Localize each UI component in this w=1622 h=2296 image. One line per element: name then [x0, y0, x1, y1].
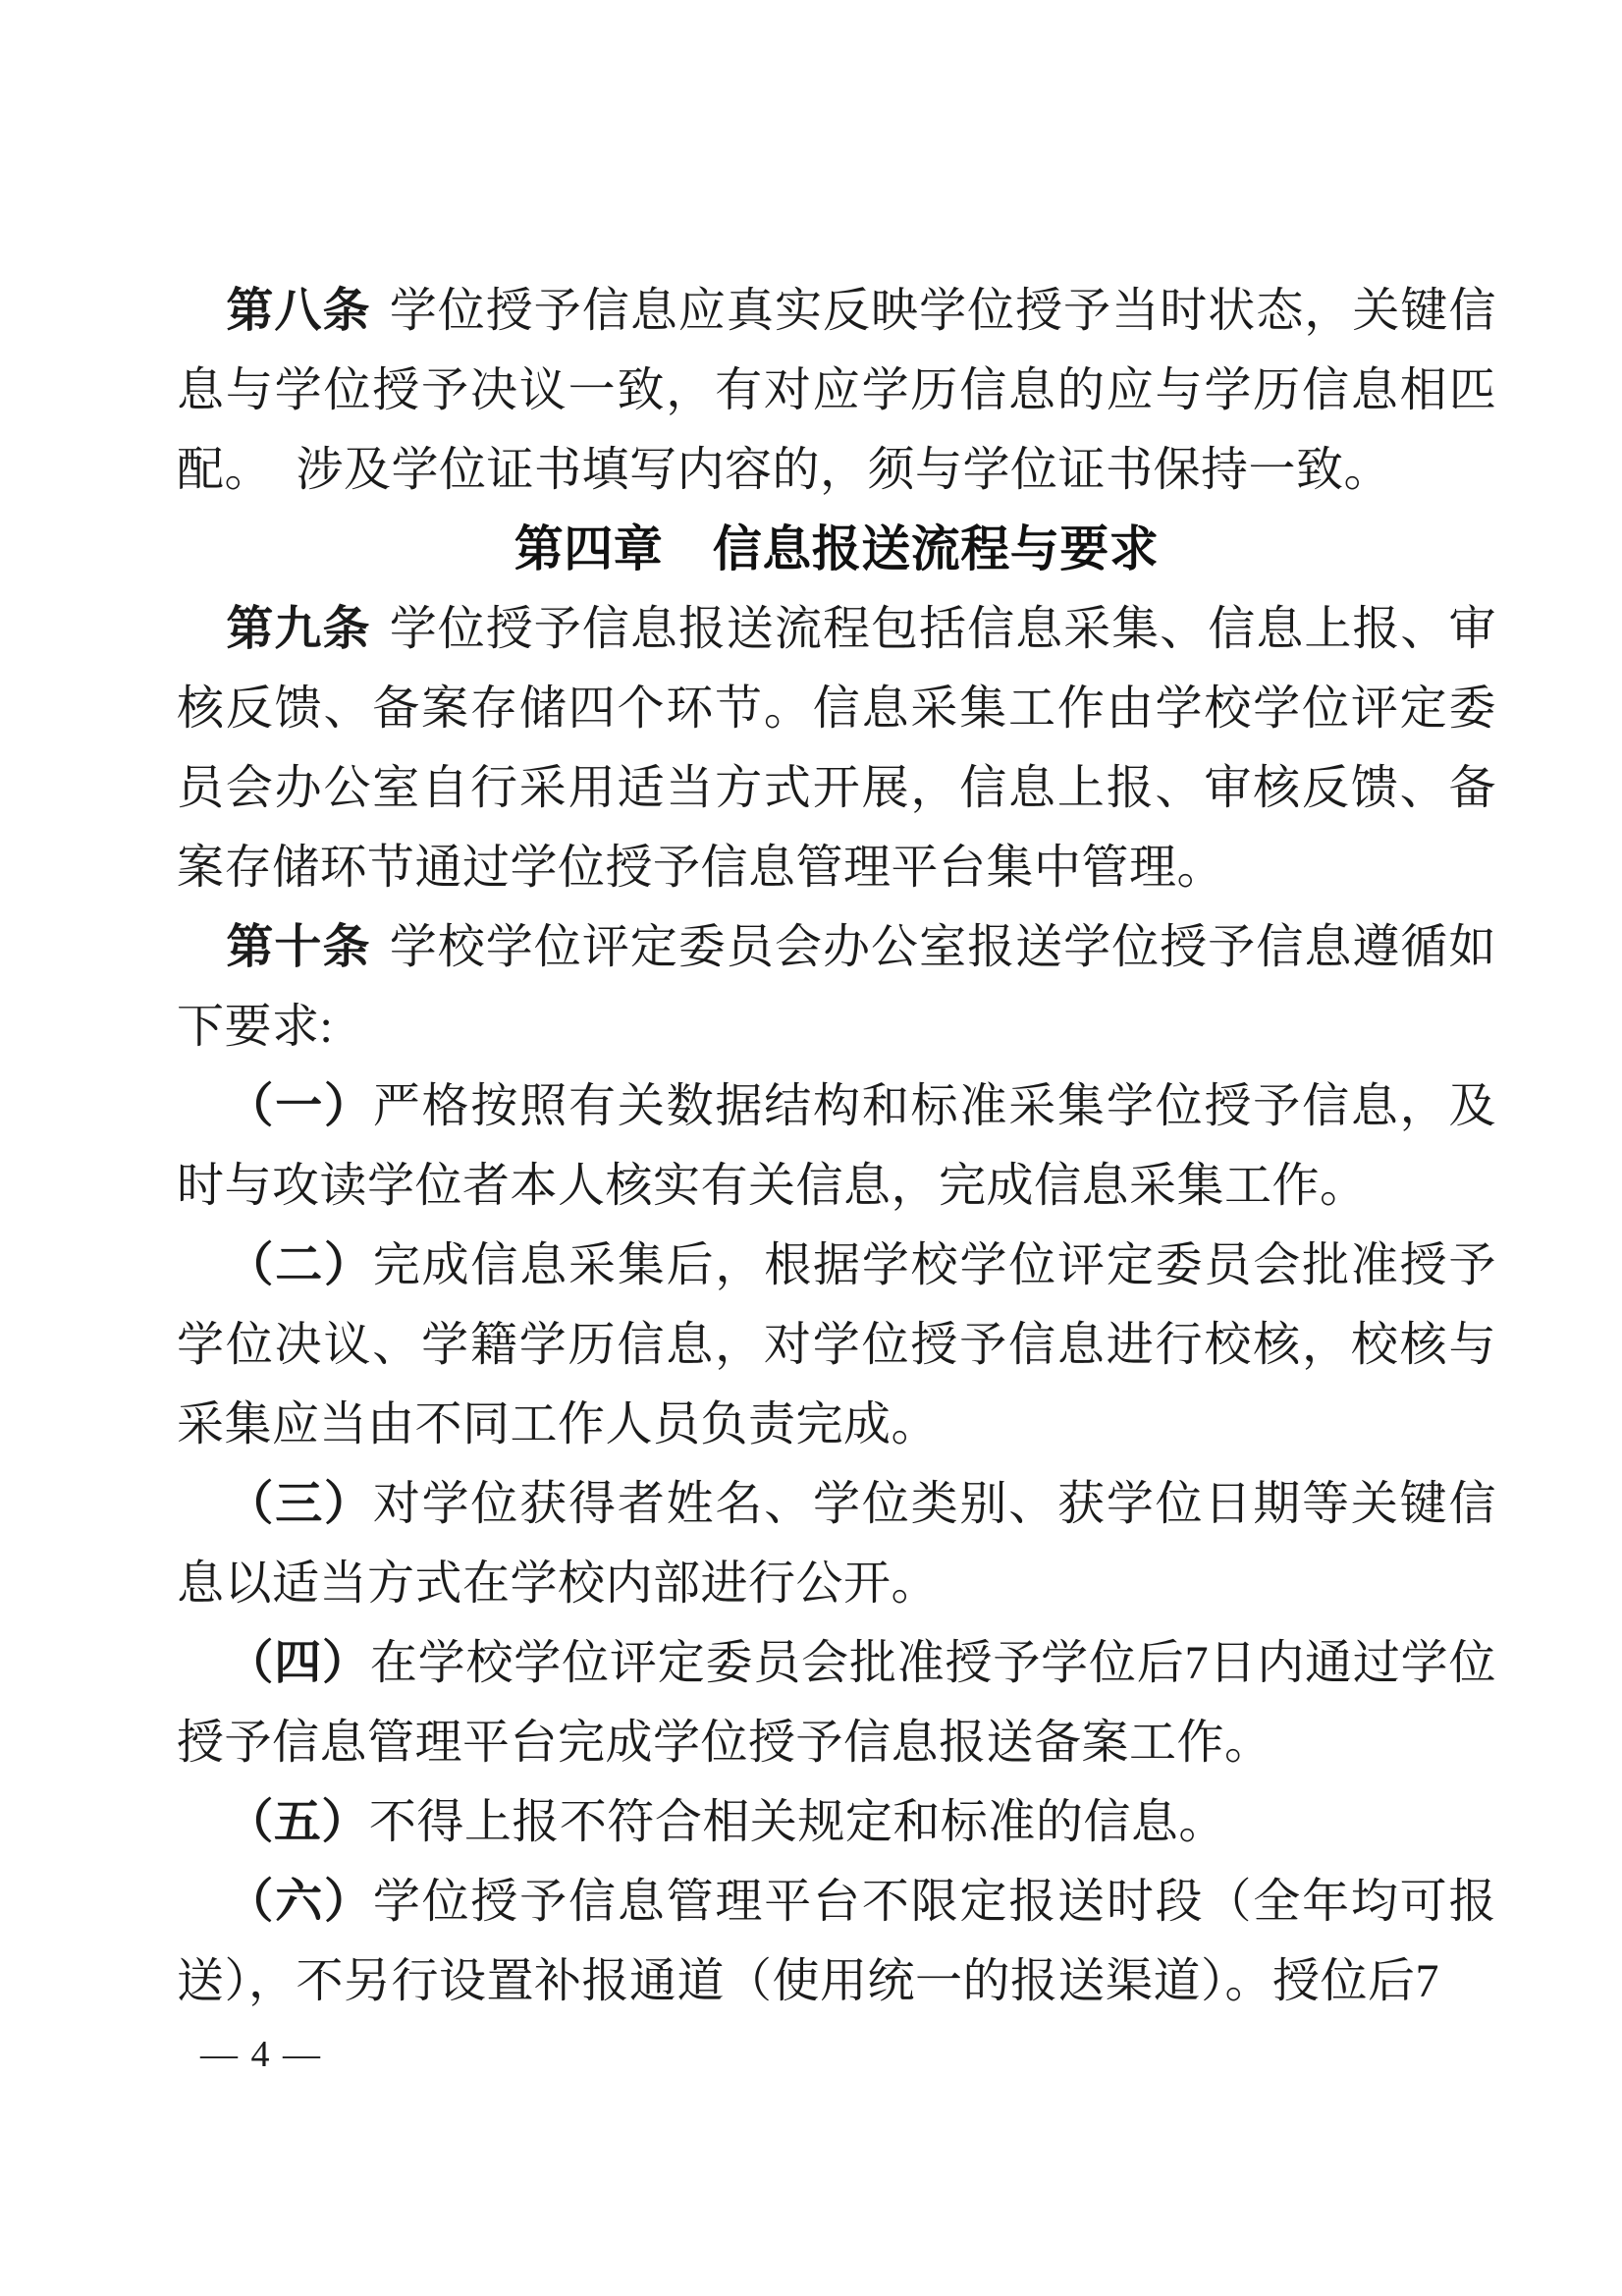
paragraph-clause-5: （五）不得上报不符合相关规定和标准的信息。 — [177, 1782, 1496, 1862]
article-9-number: 第九条 — [226, 603, 370, 655]
article-9-text: 学位授予信息报送流程包括信息采集、信息上报、审核反馈、备案存储四个环节。信息采集… — [177, 603, 1496, 894]
clause-6-marker: （六） — [226, 1876, 372, 1928]
paragraph-clause-3: （三）对学位获得者姓名、学位类别、获学位日期等关键信息以适当方式在学校内部进行公… — [177, 1464, 1496, 1623]
clause-5-marker: （五） — [226, 1796, 369, 1848]
clause-6-text: 学位授予信息管理平台不限定报送时段（全年均可报送），不另行设置补报通道（使用统一… — [177, 1876, 1496, 2007]
paragraph-article-8: 第八条学位授予信息应真实反映学位授予当时状态，关键信息与学位授予决议一致，有对应… — [177, 271, 1496, 510]
article-8-number: 第八条 — [226, 285, 370, 337]
paragraph-article-10: 第十条学校学位评定委员会办公室报送学位授予信息遵循如下要求: — [177, 907, 1496, 1066]
clause-3-text: 对学位获得者姓名、学位类别、获学位日期等关键信息以适当方式在学校内部进行公开。 — [177, 1478, 1496, 1610]
paragraph-clause-4: （四）在学校学位评定委员会批准授予学位后7日内通过学位授予信息管理平台完成学位授… — [177, 1623, 1496, 1782]
article-8-text: 学位授予信息应真实反映学位授予当时状态，关键信息与学位授予决议一致，有对应学历信… — [177, 285, 1496, 496]
document-page: 第八条学位授予信息应真实反映学位授予当时状态，关键信息与学位授予决议一致，有对应… — [0, 0, 1622, 2296]
article-10-text: 学校学位评定委员会办公室报送学位授予信息遵循如下要求: — [177, 921, 1496, 1053]
page-number: — 4 — — [200, 2031, 322, 2078]
clause-4-text: 在学校学位评定委员会批准授予学位后7日内通过学位授予信息管理平台完成学位授予信息… — [177, 1637, 1496, 1769]
paragraph-clause-2: （二）完成信息采集后，根据学校学位评定委员会批准授予学位决议、学籍学历信息，对学… — [177, 1226, 1496, 1464]
clause-2-text: 完成信息采集后，根据学校学位评定委员会批准授予学位决议、学籍学历信息，对学位授予… — [177, 1239, 1496, 1450]
paragraph-article-9: 第九条学位授予信息报送流程包括信息采集、信息上报、审核反馈、备案存储四个环节。信… — [177, 589, 1496, 907]
document-body: 第八条学位授予信息应真实反映学位授予当时状态，关键信息与学位授予决议一致，有对应… — [177, 271, 1496, 2021]
paragraph-clause-1: （一）严格按照有关数据结构和标准采集学位授予信息，及时与攻读学位者本人核实有关信… — [177, 1066, 1496, 1226]
clause-1-marker: （一） — [226, 1080, 372, 1132]
chapter-4-heading: 第四章 信息报送流程与要求 — [177, 510, 1496, 589]
clause-4-marker: （四） — [226, 1637, 369, 1689]
clause-5-text: 不得上报不符合相关规定和标准的信息。 — [369, 1796, 1226, 1848]
clause-2-marker: （二） — [226, 1239, 372, 1291]
clause-1-text: 严格按照有关数据结构和标准采集学位授予信息，及时与攻读学位者本人核实有关信息，完… — [177, 1080, 1496, 1212]
paragraph-clause-6: （六）学位授予信息管理平台不限定报送时段（全年均可报送），不另行设置补报通道（使… — [177, 1862, 1496, 2021]
clause-3-marker: （三） — [226, 1478, 372, 1530]
article-10-number: 第十条 — [226, 921, 370, 973]
